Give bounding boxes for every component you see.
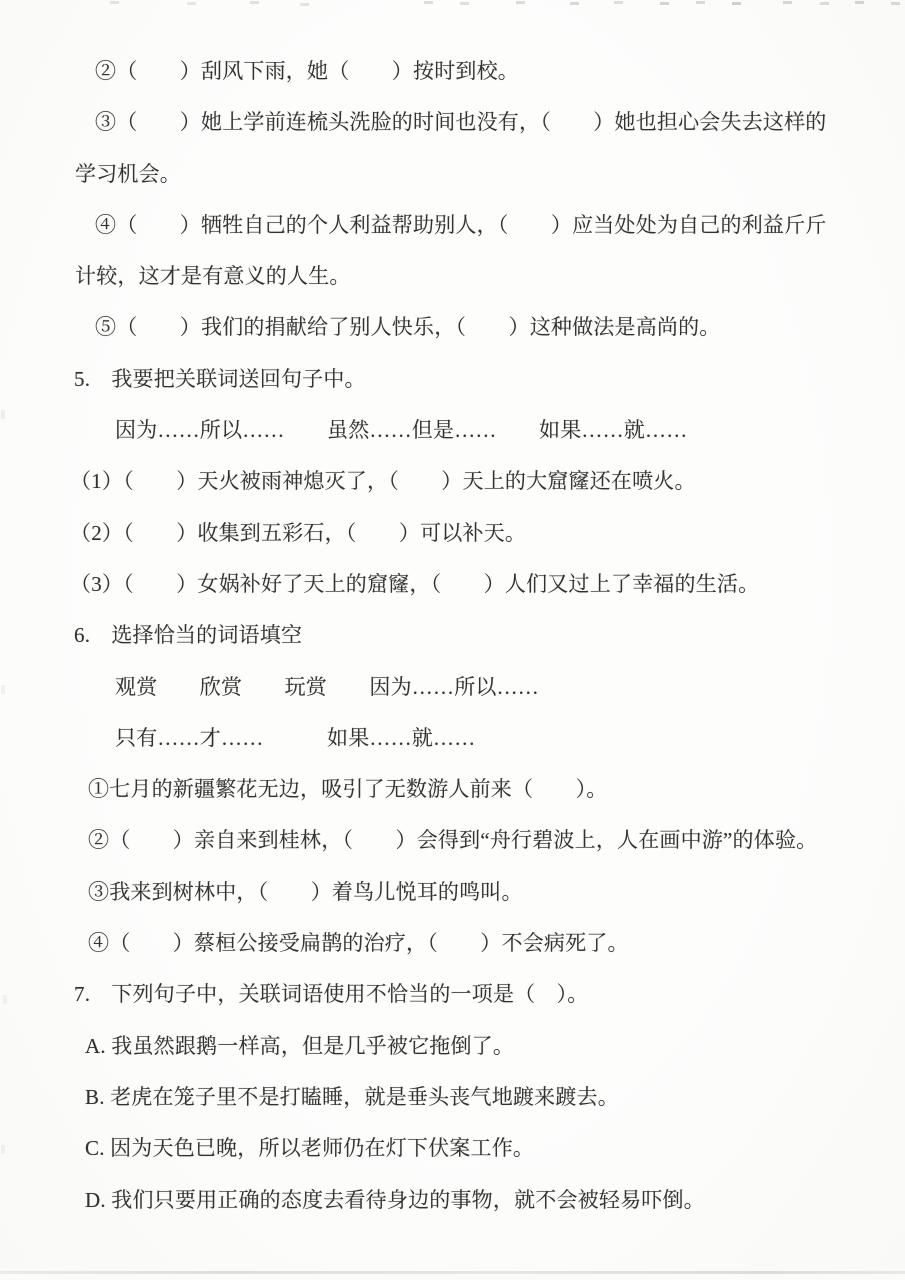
worksheet-text-line: 7. 下列句子中，关联词语使用不恰当的一项是（ ）。 <box>0 969 905 1020</box>
worksheet-text-line: B. 老虎在笼子里不是打瞌睡，就是垂头丧气地踱来踱去。 <box>0 1072 905 1123</box>
worksheet-text-line: 只有……才…… 如果……就…… <box>0 713 905 764</box>
worksheet-text-line: A. 我虽然跟鹅一样高，但是几乎被它拖倒了。 <box>0 1021 905 1072</box>
worksheet-text-line: ③我来到树林中，（ ）着鸟儿悦耳的鸣叫。 <box>0 867 905 918</box>
worksheet-text-line: 5. 我要把关联词送回句子中。 <box>0 354 905 405</box>
worksheet-text-line: ④（ ）牺牲自己的个人利益帮助别人，（ ）应当处处为自己的利益斤斤 <box>0 200 905 251</box>
worksheet-text-line: ④（ ）蔡桓公接受扁鹊的治疗，（ ）不会病死了。 <box>0 918 905 969</box>
worksheet-text-line: 6. 选择恰当的词语填空 <box>0 610 905 661</box>
worksheet-text-line: ②（ ）亲自来到桂林，（ ）会得到“舟行碧波上，人在画中游”的体验。 <box>0 815 905 866</box>
worksheet-text-line: （3）（ ）女娲补好了天上的窟窿，（ ）人们又过上了幸福的生活。 <box>0 559 905 610</box>
worksheet-text-line: 计较，这才是有意义的人生。 <box>0 251 905 302</box>
worksheet-text-line: ①七月的新疆繁花无边，吸引了无数游人前来（ ）。 <box>0 764 905 815</box>
worksheet-text-line: 观赏 欣赏 玩赏 因为……所以…… <box>0 662 905 713</box>
worksheet-text-line: ②（ ）刮风下雨，她（ ）按时到校。 <box>0 46 905 97</box>
worksheet-page: ②（ ）刮风下雨，她（ ）按时到校。③（ ）她上学前连梳头洗脸的时间也没有，（ … <box>0 0 905 1280</box>
worksheet-text-line: （2）（ ）收集到五彩石，（ ）可以补天。 <box>0 508 905 559</box>
worksheet-text-line: （1）（ ）天火被雨神熄灭了，（ ）天上的大窟窿还在喷火。 <box>0 456 905 507</box>
page-bottom-strip <box>0 1274 905 1280</box>
worksheet-text-line: ③（ ）她上学前连梳头洗脸的时间也没有，（ ）她也担心会失去这样的 <box>0 97 905 148</box>
worksheet-text-line: C. 因为天色已晚，所以老师仍在灯下伏案工作。 <box>0 1123 905 1174</box>
worksheet-text-line: 学习机会。 <box>0 149 905 200</box>
worksheet-text-line: 因为……所以…… 虽然……但是…… 如果……就…… <box>0 405 905 456</box>
scan-noise-top <box>110 1 119 4</box>
worksheet-text-line: D. 我们只要用正确的态度去看待身边的事物，就不会被轻易吓倒。 <box>0 1175 905 1226</box>
worksheet-text-line: ⑤（ ）我们的捐献给了别人快乐，（ ）这种做法是高尚的。 <box>0 302 905 353</box>
worksheet-content: ②（ ）刮风下雨，她（ ）按时到校。③（ ）她上学前连梳头洗脸的时间也没有，（ … <box>0 46 905 1226</box>
